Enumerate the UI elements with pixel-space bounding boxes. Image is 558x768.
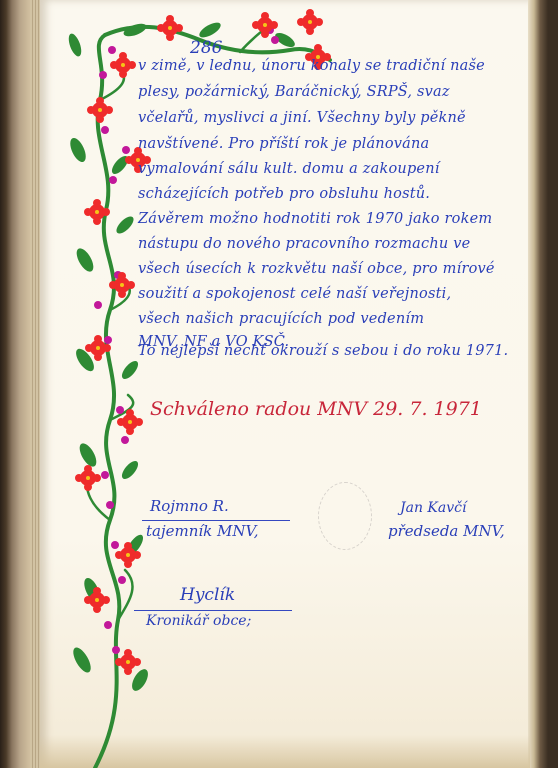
page-bottom-shade [40,735,530,768]
body-line: v zimě, v lednu, únoru konaly se tradičn… [138,58,485,74]
body-line: To nejlepší nechť okrouží s sebou i do r… [138,343,508,359]
role-chronicler: Kronikář obce; [146,613,251,629]
body-line: včelařů, myslivci a jiní. Všechny byly p… [138,110,466,126]
signature-chairman: Jan Kavčí [400,500,466,516]
body-line: scházejících potřeb pro obsluhu hostů. [138,186,430,202]
body-line: nástupu do nového pracovního rozmachu ve [138,236,470,252]
role-chairman: předseda MNV, [388,522,505,540]
body-line: všech našich pracujících pod vedením [138,311,424,327]
signature-line [142,520,290,521]
body-line: soužití a spokojenost celé naší veřejnos… [138,286,451,302]
body-line: navštívené. Pro příští rok je plánována [138,136,429,152]
role-secretary: tajemník MNV, [146,522,259,540]
signature-secretary: Rojmno R. [150,497,229,515]
body-line: vymalování sálu kult. domu a zakoupení [138,161,440,177]
body-line: plesy, požárnický, Baráčnický, SRPŠ, sva… [138,84,450,100]
right-page-edge [528,0,558,768]
body-line: Závěrem možno hodnotiti rok 1970 jako ro… [138,211,492,227]
official-stamp [318,482,372,550]
body-line: všech úsecích k rozkvětu naší obce, pro … [138,261,495,277]
page-number: 286 [190,38,222,58]
approval-note: Schváleno radou MNV 29. 7. 1971 [150,398,482,420]
signature-chronicler: Hyclík [180,585,235,605]
signature-line [134,610,292,611]
